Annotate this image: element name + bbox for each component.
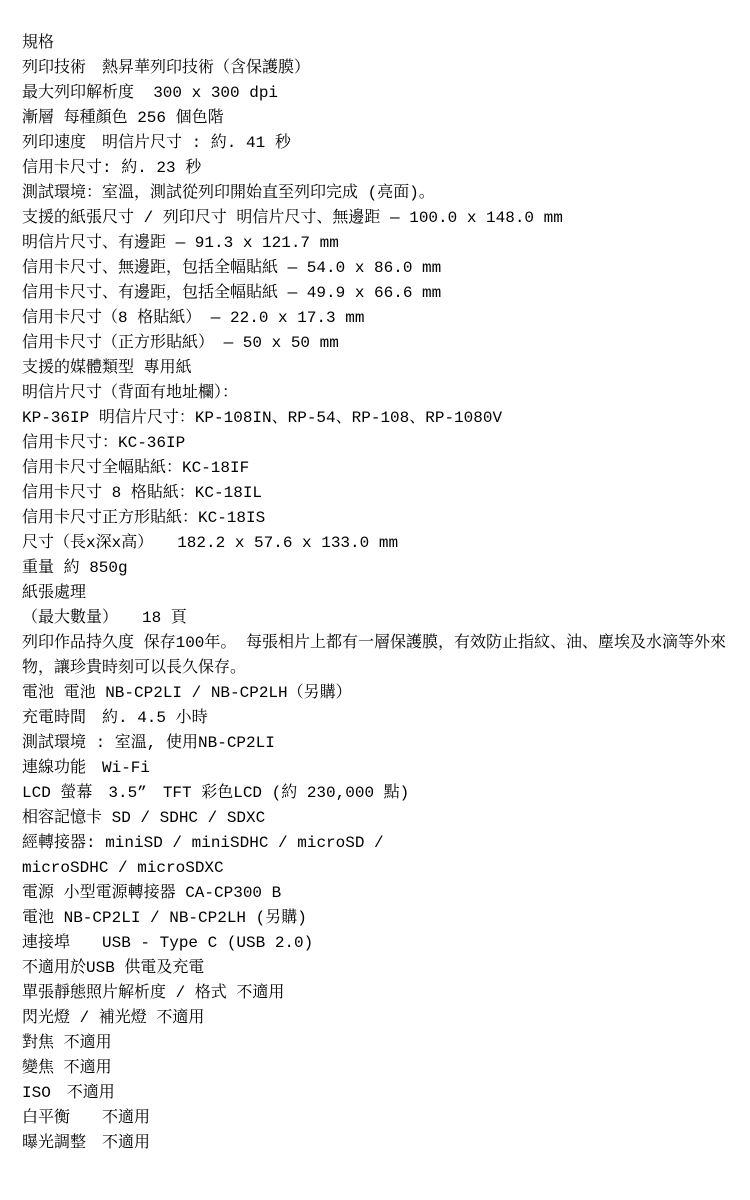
spec-line-media-kc36ip: 信用卡尺寸：KC-36IP: [22, 431, 730, 456]
spec-heading: 規格: [22, 31, 730, 56]
spec-line-memory-cards: 相容記憶卡 SD / SDHC / SDXC: [22, 806, 730, 831]
spec-line-paper-size-card-bordered: 信用卡尺寸、有邊距，包括全幅貼紙 — 49.9 x 66.6 mm: [22, 281, 730, 306]
spec-line-paper-size-card-8-label: 信用卡尺寸（8 格貼紙） — 22.0 x 17.3 mm: [22, 306, 730, 331]
spec-line-white-balance: 白平衡 不適用: [22, 1106, 730, 1131]
spec-line-power-adapter: 電源 小型電源轉接器 CA-CP300 B: [22, 881, 730, 906]
spec-line-media-kp36ip: KP-36IP 明信片尺寸：KP-108IN、RP-54、RP-108、RP-1…: [22, 406, 730, 431]
spec-line-print-durability: 列印作品持久度 保存100年。 每張相片上都有一層保護膜，有效防止指紋、油、塵埃…: [22, 631, 730, 681]
spec-line-charge-time: 充電時間 約. 4.5 小時: [22, 706, 730, 731]
spec-line-battery: 電池 電池 NB-CP2LI / NB-CP2LH（另購）: [22, 681, 730, 706]
spec-line-test-environment-print: 測試環境：室溫，測試從列印開始直至列印完成 (亮面)。: [22, 181, 730, 206]
spec-line-lcd-screen: LCD 螢幕 3.5” TFT 彩色LCD (約 230,000 點): [22, 781, 730, 806]
spec-line-via-adapter-continued: microSDHC / microSDXC: [22, 856, 730, 881]
spec-line-test-environment-charge: 測試環境 : 室溫, 使用NB-CP2LI: [22, 731, 730, 756]
spec-line-focus: 對焦 不適用: [22, 1031, 730, 1056]
spec-line-connectivity: 連線功能 Wi-Fi: [22, 756, 730, 781]
spec-line-print-technology: 列印技術 熱昇華列印技術（含保護膜）: [22, 56, 730, 81]
spec-line-usb-power-note: 不適用於USB 供電及充電: [22, 956, 730, 981]
spec-line-paper-size-card-borderless: 信用卡尺寸、無邊距，包括全幅貼紙 — 54.0 x 86.0 mm: [22, 256, 730, 281]
spec-line-still-photo-resolution: 單張靜態照片解析度 / 格式 不適用: [22, 981, 730, 1006]
spec-line-power-battery: 電池 NB-CP2LI / NB-CP2LH (另購): [22, 906, 730, 931]
spec-line-zoom: 變焦 不適用: [22, 1056, 730, 1081]
spec-line-iso: ISO 不適用: [22, 1081, 730, 1106]
spec-line-exposure: 曝光調整 不適用: [22, 1131, 730, 1156]
spec-line-port: 連接埠 USB - Type C (USB 2.0): [22, 931, 730, 956]
spec-line-paper-size-card-square-label: 信用卡尺寸（正方形貼紙） — 50 x 50 mm: [22, 331, 730, 356]
spec-line-paper-handling: 紙張處理: [22, 581, 730, 606]
spec-line-weight: 重量 約 850g: [22, 556, 730, 581]
spec-line-dimensions: 尺寸（長x深x高） 182.2 x 57.6 x 133.0 mm: [22, 531, 730, 556]
spec-line-gradation: 漸層 每種顏色 256 個色階: [22, 106, 730, 131]
spec-line-print-speed-card: 信用卡尺寸: 約. 23 秒: [22, 156, 730, 181]
spec-line-via-adapter: 經轉接器: miniSD / miniSDHC / microSD /: [22, 831, 730, 856]
spec-line-max-quantity: （最大數量） 18 頁: [22, 606, 730, 631]
spec-line-paper-size-postcard-bordered: 明信片尺寸、有邊距 — 91.3 x 121.7 mm: [22, 231, 730, 256]
spec-line-postcard-address: 明信片尺寸（背面有地址欄）：: [22, 381, 730, 406]
spec-line-print-speed-postcard: 列印速度 明信片尺寸 : 約. 41 秒: [22, 131, 730, 156]
spec-document: 規格 列印技術 熱昇華列印技術（含保護膜） 最大列印解析度 300 x 300 …: [0, 0, 750, 1156]
spec-line-media-kc18if: 信用卡尺寸全幅貼紙：KC-18IF: [22, 456, 730, 481]
spec-line-max-resolution: 最大列印解析度 300 x 300 dpi: [22, 81, 730, 106]
spec-line-paper-size-postcard-borderless: 支援的紙張尺寸 / 列印尺寸 明信片尺寸、無邊距 — 100.0 x 148.0…: [22, 206, 730, 231]
spec-line-media-type: 支援的媒體類型 專用紙: [22, 356, 730, 381]
spec-line-flash: 閃光燈 / 補光燈 不適用: [22, 1006, 730, 1031]
spec-line-media-kc18is: 信用卡尺寸正方形貼紙：KC-18IS: [22, 506, 730, 531]
spec-line-media-kc18il: 信用卡尺寸 8 格貼紙：KC-18IL: [22, 481, 730, 506]
